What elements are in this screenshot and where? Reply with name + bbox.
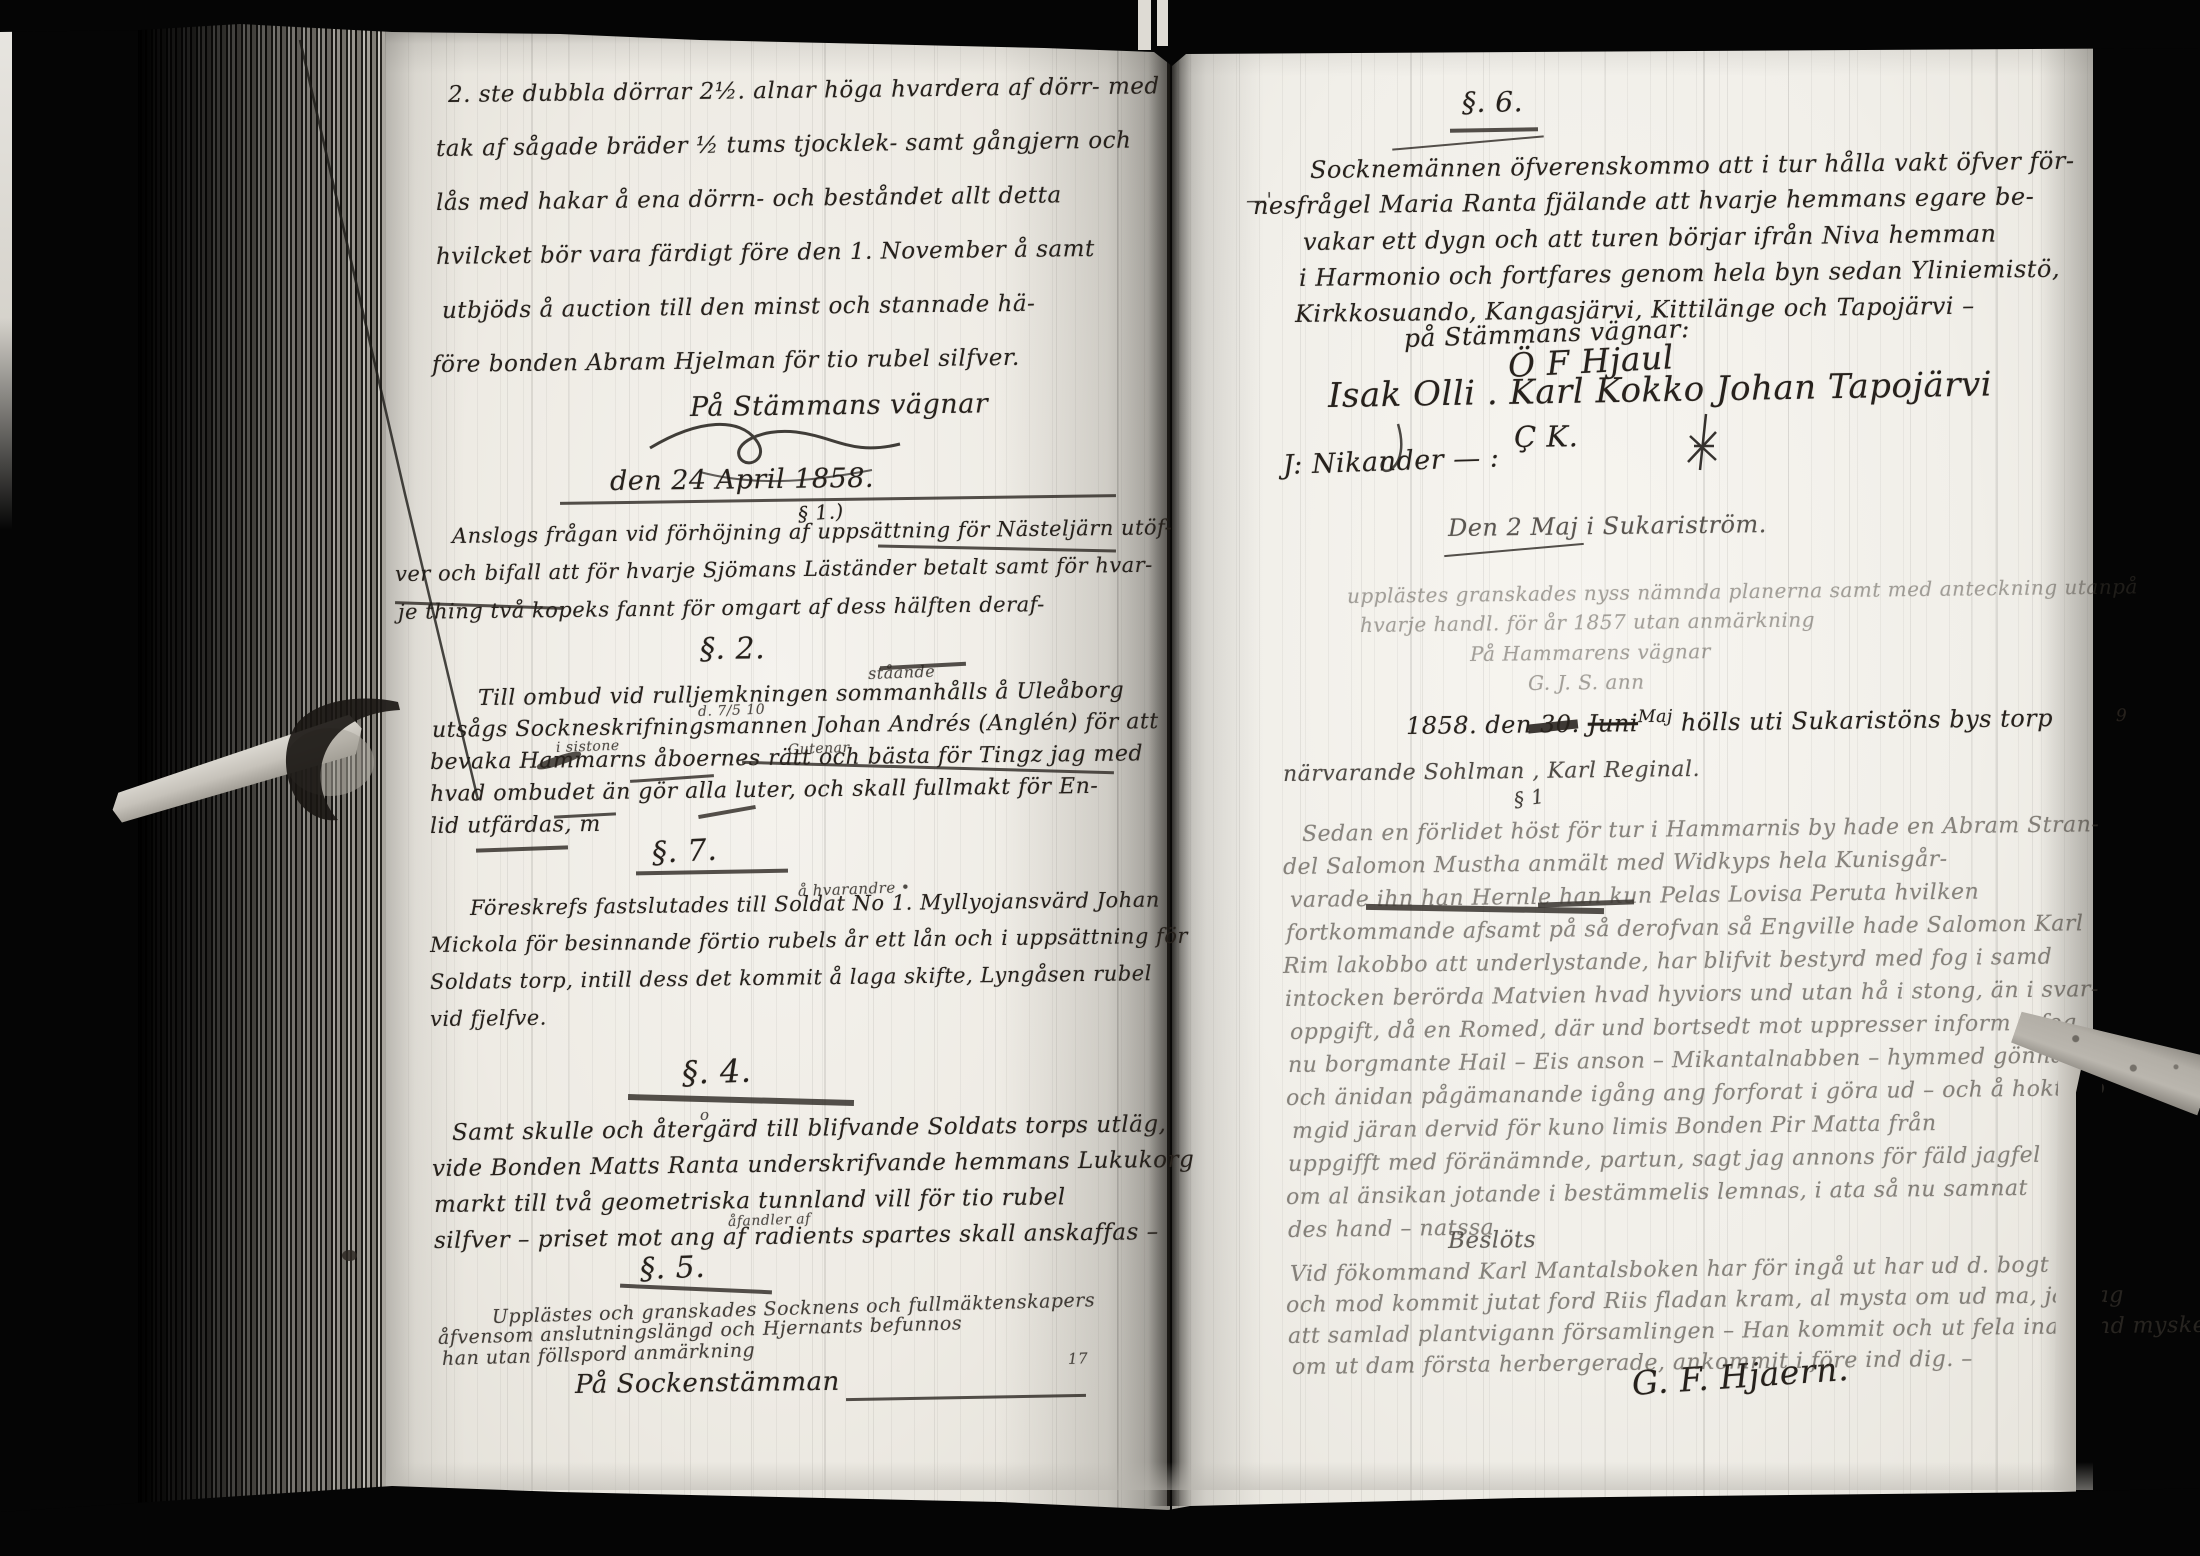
left-closing-line: På Sockenstämman xyxy=(575,1367,840,1400)
section-4-heading: §. 4. xyxy=(681,1052,752,1092)
handwriting-line: På Hammarens vägnar xyxy=(1470,639,1711,666)
entry3-date-inserted-word: Maj xyxy=(1638,706,1673,726)
entry3-margin-note: 9 xyxy=(2116,706,2128,726)
bottom-shadow-haze xyxy=(385,1462,2093,1490)
interlinear-note: d. 7/5 10 xyxy=(698,702,766,720)
entry3-date-post: hölls uti Sukaristöns bys torp xyxy=(1673,704,2054,737)
book-gutter xyxy=(1148,50,1192,1506)
interlinear-note: ståande xyxy=(868,662,936,683)
initials-mark: Ç K. xyxy=(1514,419,1579,454)
handwriting-line: lid utfärdas, m xyxy=(430,812,601,839)
ink-dot xyxy=(342,1250,357,1261)
interlinear-note: i sistone xyxy=(556,738,620,756)
handwriting-line: des hand – natssa xyxy=(1288,1215,1495,1243)
entry3-date-pre: 1858. den 30. xyxy=(1406,710,1588,740)
handwriting-line: vid fjelfve. xyxy=(430,1006,547,1031)
page-edge-sliver xyxy=(0,0,12,530)
entry2-heading: Den 2 Maj i Sukariström. xyxy=(1448,510,1767,542)
left-date-line: den 24 April 1858. xyxy=(610,463,874,497)
section-2-heading: §. 2. xyxy=(700,631,766,667)
gutter-crease xyxy=(1167,52,1170,1506)
interlinear-note: åfandler af xyxy=(728,1211,811,1230)
interlinear-note: o xyxy=(700,1106,710,1124)
right-edge-black xyxy=(2076,1056,2102,1512)
section-5-heading: §. 5. xyxy=(639,1250,705,1287)
handwriting-line: G. J. S. ann xyxy=(1528,670,1645,695)
book-scan: På Stämmans vägnar den 24 April 1858. § … xyxy=(0,0,2200,1556)
section-7-heading: §. 7. xyxy=(651,833,718,871)
left-on-behalf-line: På Stämmans vägnar xyxy=(690,388,989,423)
entry3-section-label: § 1 xyxy=(1512,784,1546,812)
interlinear-note: Gutenar xyxy=(788,740,850,758)
entry3-date-struck-word: Juni xyxy=(1588,709,1639,738)
interlinear-note: 17 xyxy=(1068,1349,1089,1368)
spine-tab xyxy=(1157,0,1168,46)
section-6-heading: §. 6. xyxy=(1462,85,1523,119)
entry3-present-line: närvarande Sohlman , Karl Reginal. xyxy=(1283,757,1700,787)
spine-tab xyxy=(1138,0,1151,50)
